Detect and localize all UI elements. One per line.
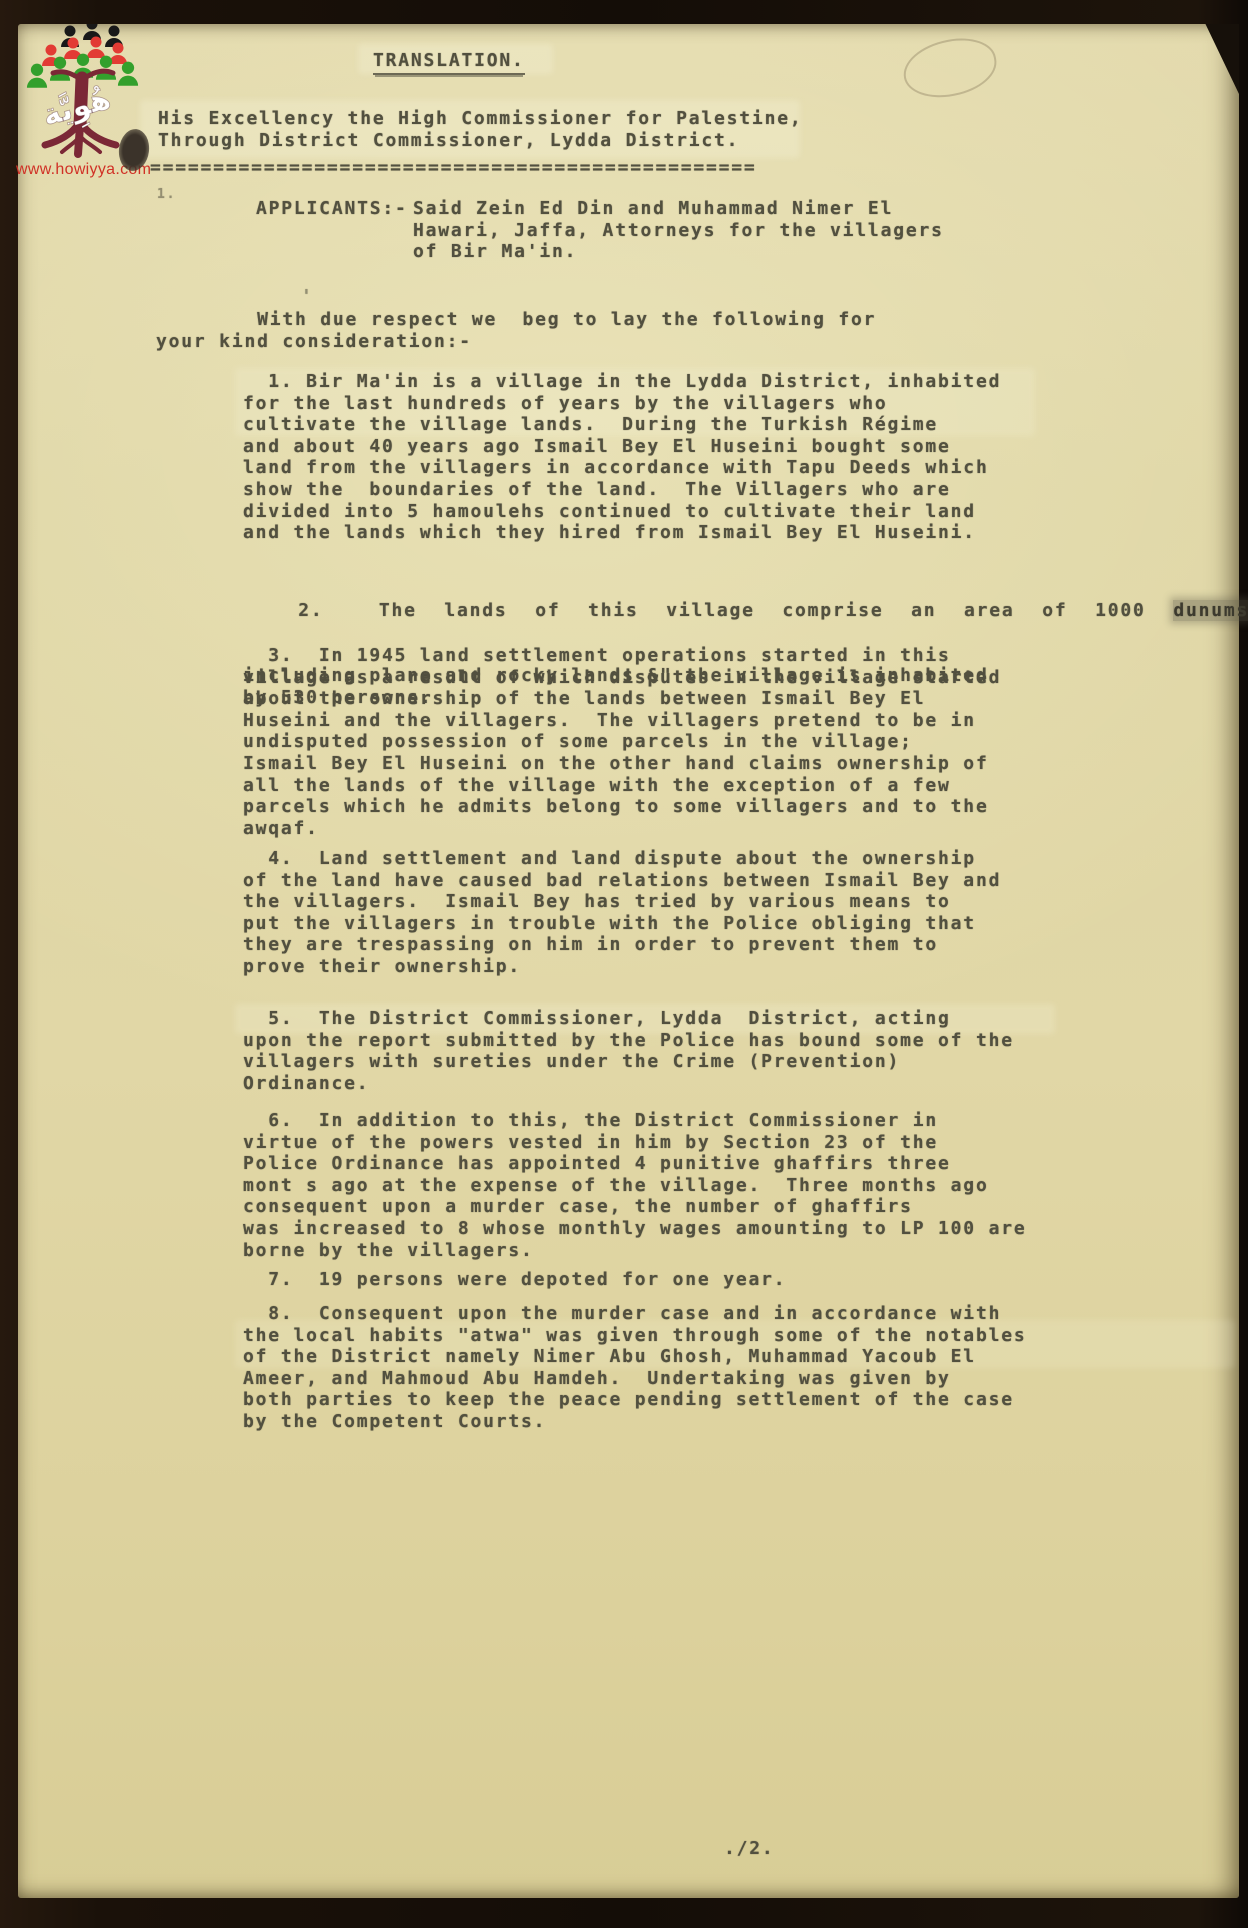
paragraph-4: 4. Land settlement and land dispute abou… bbox=[243, 848, 1001, 978]
doc-title: TRANSLATION. bbox=[373, 50, 525, 75]
paragraph-2-smudged-word: dunums bbox=[1173, 600, 1248, 621]
applicants-label: APPLICANTS:- bbox=[256, 198, 408, 220]
paragraph-5: 5. The District Commissioner, Lydda Dist… bbox=[243, 1008, 1014, 1094]
applicants-block: Said Zein Ed Din and Muhammad Nimer El H… bbox=[413, 198, 944, 263]
address-block: His Excellency the High Commissioner for… bbox=[158, 108, 802, 151]
paragraph-8: 8. Consequent upon the murder case and i… bbox=[243, 1303, 1027, 1433]
paragraph-6: 6. In addition to this, the District Com… bbox=[243, 1110, 1027, 1261]
paragraph-1: 1. Bir Ma'in is a village in the Lydda D… bbox=[243, 371, 1001, 544]
howiyya-tree-logo: هُوِيَّة bbox=[20, 24, 175, 174]
paragraph-7: 7. 19 persons were depoted for one year. bbox=[243, 1269, 786, 1291]
paragraph-3: 3. In 1945 land settlement operations st… bbox=[243, 645, 1001, 839]
page-number: ./2. bbox=[724, 1838, 775, 1860]
stray-mark: ' bbox=[301, 286, 314, 308]
faint-mark: 1. bbox=[157, 184, 176, 206]
paragraph-2-text: 2. The lands of this village comprise an… bbox=[243, 600, 1146, 621]
paragraph-2-first-line: 2. The lands of this village comprise an… bbox=[243, 600, 1248, 622]
divider-rule: ========================================… bbox=[150, 157, 757, 179]
salutation-block: With due respect we beg to lay the follo… bbox=[156, 309, 876, 352]
scanned-document-photo: هُوِيَّة www.howiyya.com TRANSLATION. Hi… bbox=[0, 0, 1248, 1928]
